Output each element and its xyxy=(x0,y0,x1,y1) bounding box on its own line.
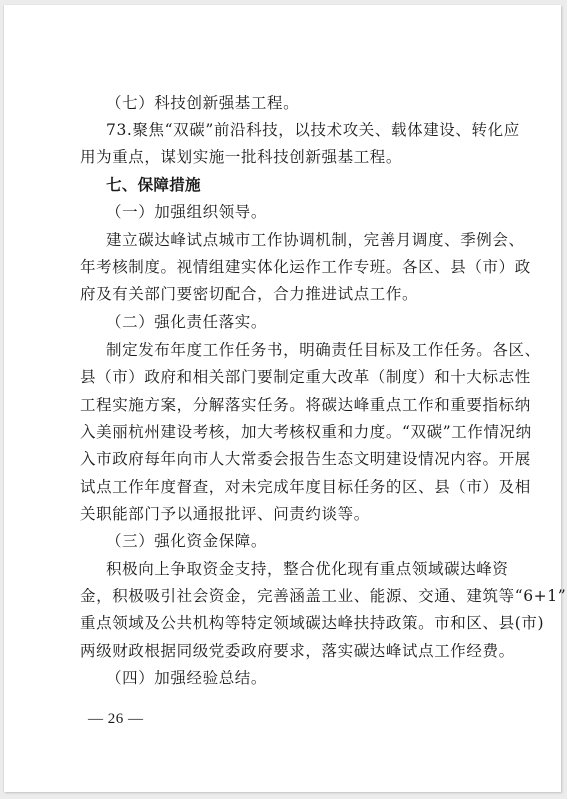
text-line: 积极向上争取资金支持，整合优化现有重点领域碳达峰资 xyxy=(106,558,492,580)
text-line: 关职能部门予以通报批评、问责约谈等。 xyxy=(80,503,492,525)
text-line: 制定发布年度工作任务书，明确责任目标及工作任务。各区、 xyxy=(106,339,492,361)
text-line: 工程实施方案，分解落实任务。将碳达峰重点工作和重要指标纳 xyxy=(80,394,492,416)
text-line: 入美丽杭州建设考核，加大考核权重和力度。“双碳”工作情况纳 xyxy=(80,421,492,443)
text-line: （一）加强组织领导。 xyxy=(106,201,492,223)
text-line: （二）强化责任落实。 xyxy=(106,311,492,333)
section-heading: 七、保障措施 xyxy=(106,174,492,196)
text-line: 县（市）政府和相关部门要制定重大改革（制度）和十大标志性 xyxy=(80,366,492,388)
text-line: 73.聚焦“双碳”前沿科技，以技术攻关、载体建设、转化应 xyxy=(106,119,492,141)
text-line: 府及有关部门要密切配合，合力推进试点工作。 xyxy=(80,283,492,305)
text-line: 重点领域及公共机构等特定领域碳达峰扶持政策。市和区、县(市) xyxy=(80,612,492,634)
document-page: （七）科技创新强基工程。73.聚焦“双碳”前沿科技，以技术攻关、载体建设、转化应… xyxy=(4,5,561,792)
text-line: （四）加强经验总结。 xyxy=(106,667,492,689)
text-line: 用为重点，谋划实施一批科技创新强基工程。 xyxy=(80,146,492,168)
text-line: 建立碳达峰试点城市工作协调机制，完善月调度、季例会、 xyxy=(106,229,492,251)
text-line: 金，积极吸引社会资金，完善涵盖工业、能源、交通、建筑等“6+1” xyxy=(80,585,492,607)
text-line: 入市政府每年向市人大常委会报告生态文明建设情况内容。开展 xyxy=(80,448,492,470)
text-line: 两级财政根据同级党委政府要求，落实碳达峰试点工作经费。 xyxy=(80,640,492,662)
text-line: 年考核制度。视情组建实体化运作工作专班。各区、县（市）政 xyxy=(80,256,492,278)
text-line: （七）科技创新强基工程。 xyxy=(106,92,492,114)
text-line: 试点工作年度督查，对未完成年度目标任务的区、县（市）及相 xyxy=(80,476,492,498)
page-number: — 26 — xyxy=(88,711,144,728)
text-line: （三）强化资金保障。 xyxy=(106,530,492,552)
